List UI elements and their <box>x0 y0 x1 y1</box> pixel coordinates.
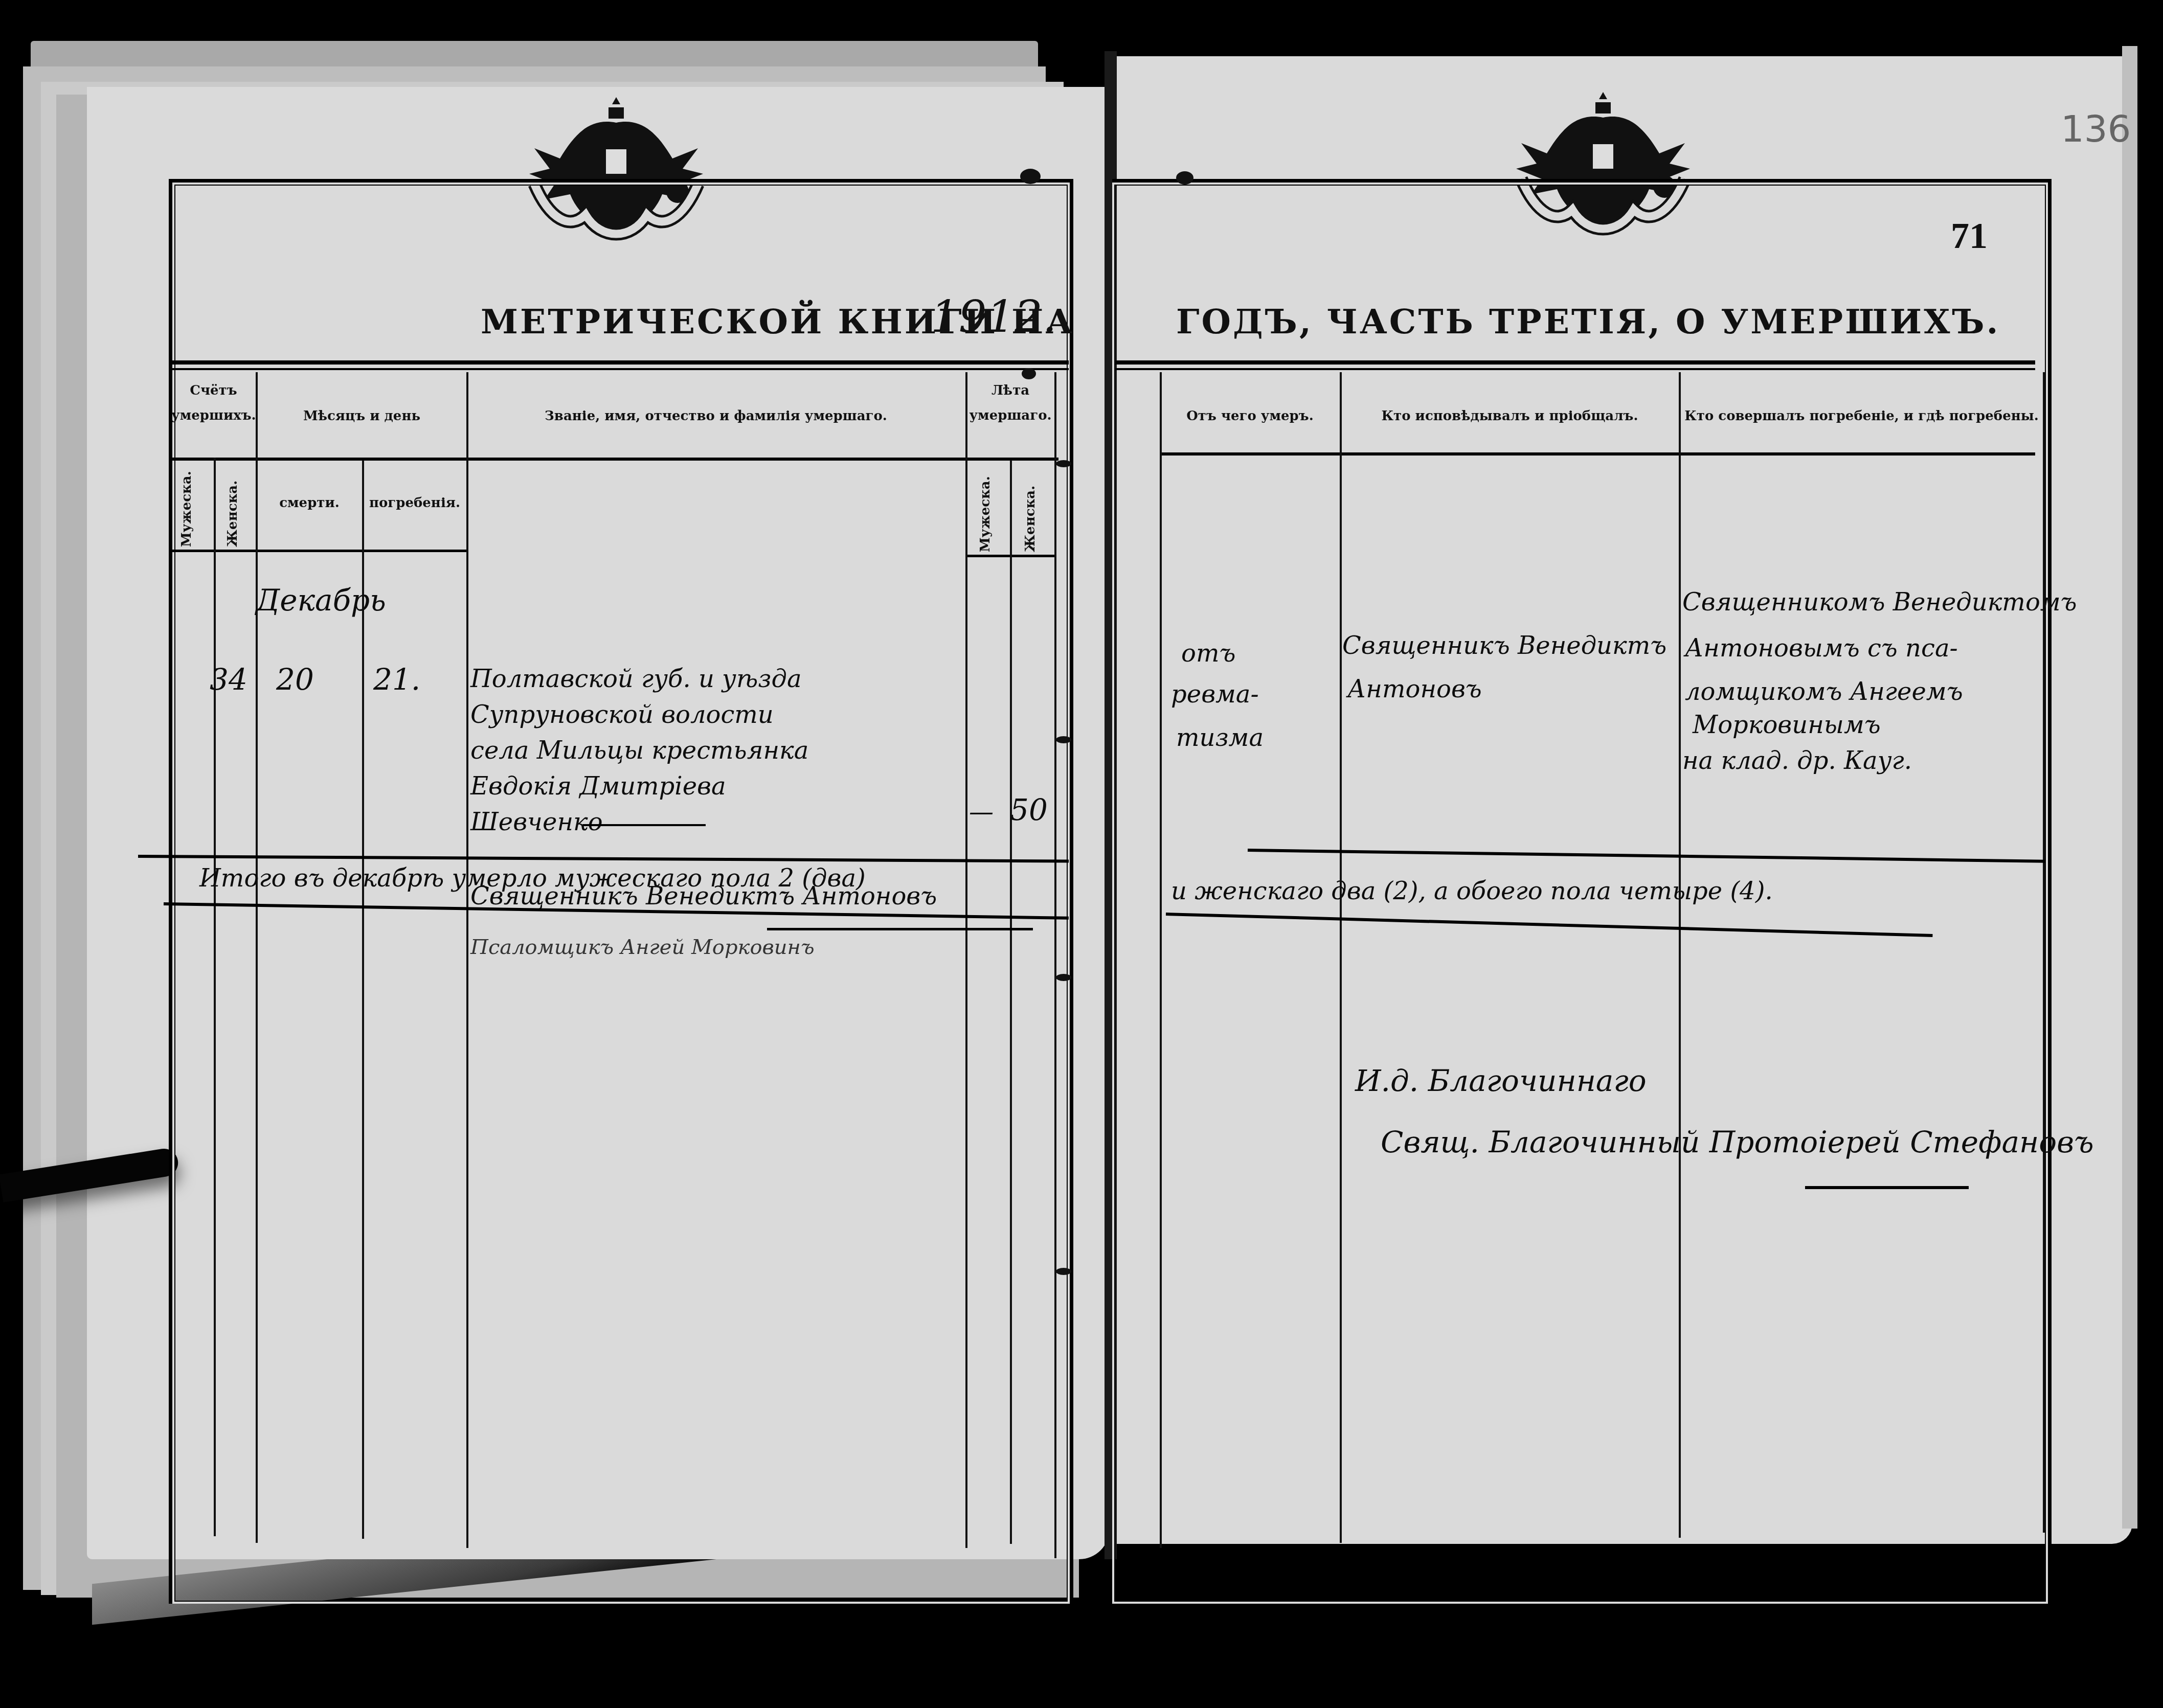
column-line <box>965 372 967 1548</box>
subheader-death: смерти. <box>258 491 360 516</box>
column-line <box>1340 372 1342 1543</box>
summary-left: Итого въ декабрѣ умерло мужескаго пола 2… <box>199 864 866 893</box>
col-header-cause: Отъ чего умеръ. <box>1162 317 1338 429</box>
binding-hole <box>1176 171 1193 185</box>
col-header-burial-place: Кто совершалъ погребеніе, и гдѣ погребен… <box>1681 404 2042 429</box>
binding-hole <box>1020 169 1041 184</box>
entry-burial-line: Морковинымъ <box>1693 711 1881 739</box>
entry-age-dash: — <box>969 798 994 826</box>
entry-confessor-line: Священникъ Венедиктъ <box>1342 631 1666 660</box>
entry-burial-line: Антоновымъ съ пса- <box>1685 634 1958 663</box>
col-header-count: Счётъ умершихъ. <box>171 378 256 429</box>
name-tail-stroke <box>583 824 706 826</box>
subheader-count-female: Женска. <box>225 465 240 547</box>
entry-age-female: 50 <box>1010 792 1048 827</box>
entry-name-line: Супруновской волости <box>470 700 774 729</box>
column-line <box>466 372 468 1548</box>
column-line <box>1010 460 1012 1544</box>
entry-cause-line: ревма- <box>1171 680 1259 709</box>
column-line <box>362 460 364 1539</box>
entry-cause-line: тизма <box>1176 723 1264 752</box>
column-line <box>2043 372 2045 1533</box>
binding-hole <box>1056 460 1071 467</box>
signature-underline <box>767 928 1033 930</box>
subheader-rule <box>1161 452 2035 456</box>
signature-dean: Свящ. Благочинный Протоіерей Стефановъ <box>1381 1125 2094 1159</box>
signature-dean-title: И.д. Благочиннаго <box>1355 1063 1647 1098</box>
year-handwritten: 1912. <box>931 291 1056 343</box>
column-line <box>214 458 216 1536</box>
subheader-burial: погребенія. <box>364 491 465 516</box>
entry-name-line: Шевченко <box>470 808 603 836</box>
ink-blot <box>1022 368 1036 379</box>
col-header-month-day: Мѣсяцъ и день <box>258 404 465 429</box>
subheader-age-female: Женска. <box>1023 470 1038 552</box>
signature-underline <box>1805 1186 1969 1189</box>
column-line <box>1160 372 1162 1548</box>
subheader-count-male: Мужеска. <box>179 465 194 547</box>
header-rule <box>171 368 1069 370</box>
entry-count-female: 34 <box>210 662 247 697</box>
entry-burial-day: 21. <box>373 662 420 697</box>
entry-month: Декабрь <box>256 583 386 618</box>
header-rule <box>171 360 1069 365</box>
col-header-name: Званіе, имя, отчество и фамилія умершаго… <box>468 404 964 429</box>
entry-name-line: Полтавской губ. и уѣзда <box>470 665 802 693</box>
entry-burial-line: на клад. др. Кауг. <box>1682 746 1912 775</box>
archive-sheet-number: 136 <box>2061 107 2131 150</box>
column-line <box>256 372 258 1543</box>
page-number: 71 <box>1951 215 1988 257</box>
subheader-rule <box>171 550 468 552</box>
binding-hole <box>1056 974 1071 981</box>
binding-hole <box>1056 736 1071 743</box>
entry-cause-line: отъ <box>1181 639 1235 668</box>
entry-death-day: 20 <box>276 662 314 697</box>
summary-right: и женскаго два (2), а обоего пола четыре… <box>1171 877 1773 905</box>
col-header-age: Лѣта умершаго. <box>966 378 1054 429</box>
right-page-edge <box>2122 46 2137 1529</box>
col-header-confessor: Кто исповѣдывалъ и пріобщалъ. <box>1342 404 1677 429</box>
subheader-age-male: Мужеска. <box>978 470 993 552</box>
entry-burial-line: Священникомъ Венедиктомъ <box>1682 588 2077 617</box>
entry-confessor-line: Антоновъ <box>1347 675 1482 703</box>
entry-burial-line: ломщикомъ Ангеемъ <box>1685 677 1963 706</box>
entry-name-line: села Мильцы крестьянка <box>470 736 808 765</box>
column-line <box>1054 372 1056 1558</box>
column-line <box>1679 372 1681 1538</box>
subheader-rule <box>171 458 1058 461</box>
entry-name-line: Евдокія Дмитріева <box>470 772 726 801</box>
binding-hole <box>1056 1268 1071 1275</box>
signature-psalmist: Псаломщикъ Ангей Морковинъ <box>470 936 815 959</box>
